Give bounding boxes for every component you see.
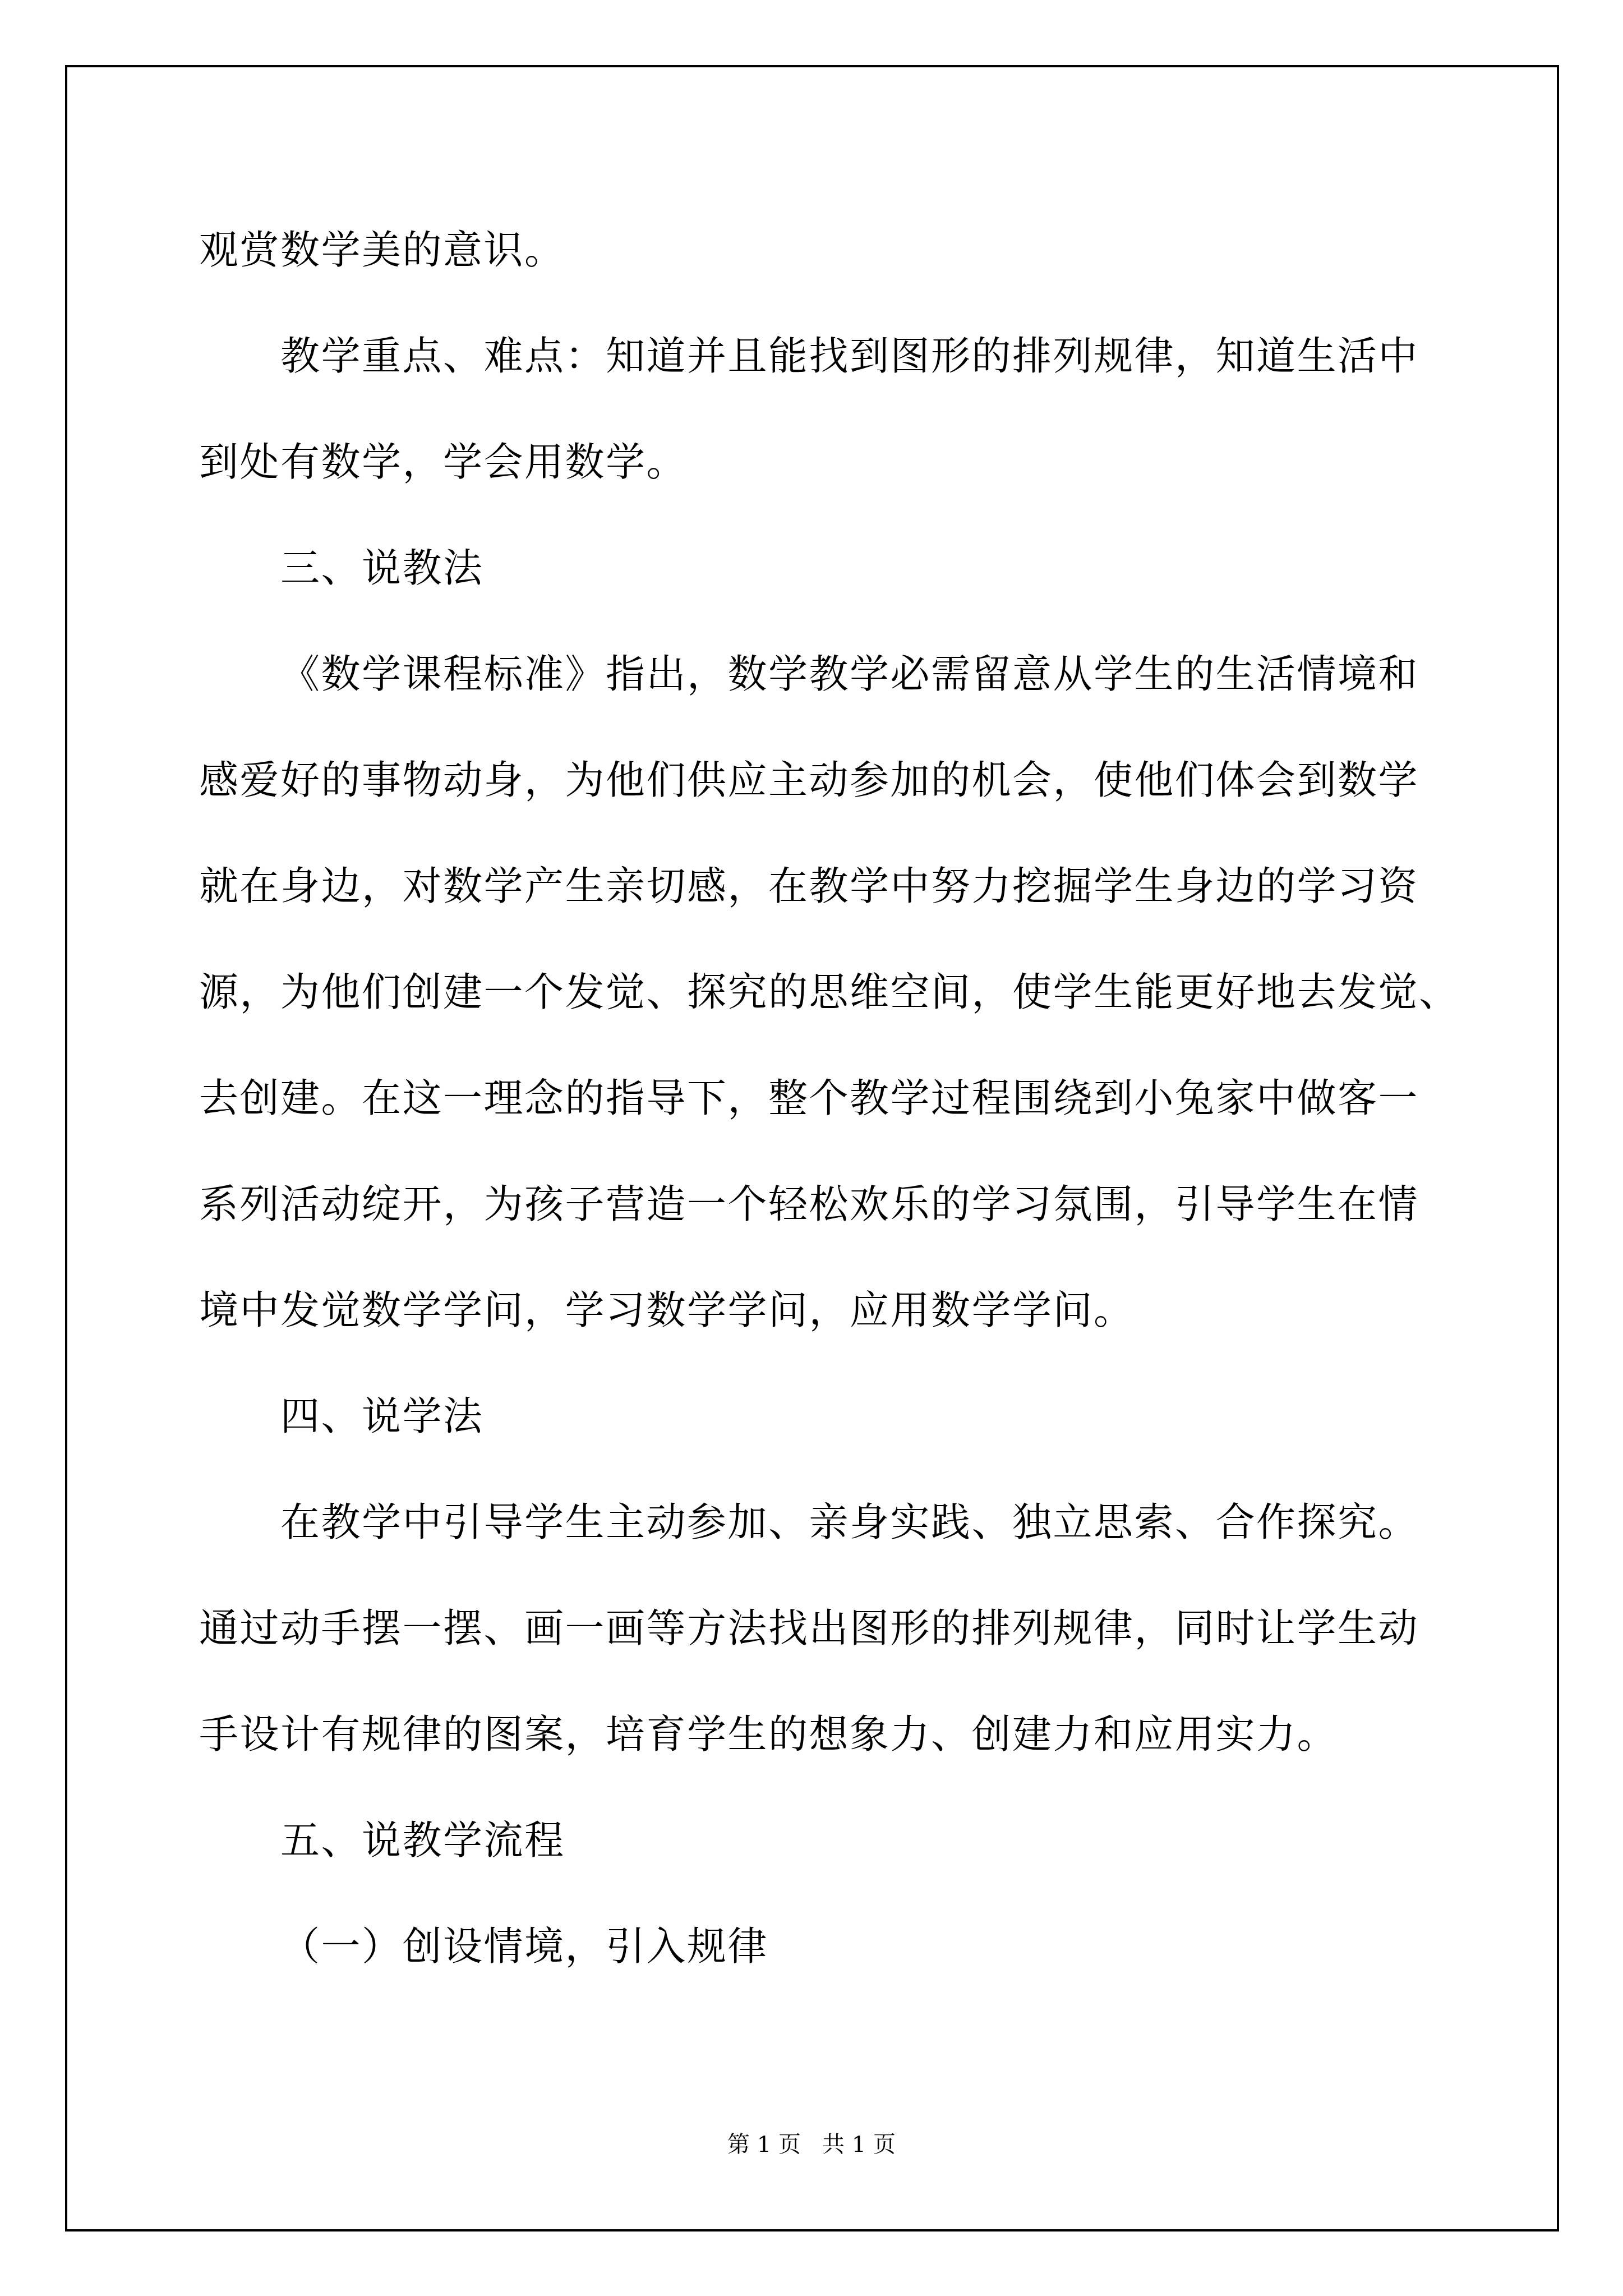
- paragraph-line: 观赏数学美的意识。: [199, 225, 565, 275]
- paragraph-line: 手设计有规律的图案，培育学生的想象力、创建力和应用实力。: [199, 1709, 1338, 1760]
- paragraph-line: 系列活动绽开，为孩子营造一个轻松欢乐的学习氛围，引导学生在情: [199, 1179, 1419, 1230]
- section-heading: 五、说教学流程: [280, 1815, 565, 1866]
- page-number-footer: 第 1 页 共 1 页: [0, 2131, 1623, 2159]
- paragraph-line: 《数学课程标准》指出，数学教学必需留意从学生的生活情境和: [280, 649, 1419, 700]
- page-frame: [65, 65, 1559, 2231]
- paragraph-line: 通过动手摆一摆、画一画等方法找出图形的排列规律，同时让学生动: [199, 1603, 1419, 1654]
- section-heading: 四、说学法: [280, 1391, 484, 1442]
- paragraph-line: 教学重点、难点：知道并且能找到图形的排列规律，知道生活中: [280, 331, 1419, 381]
- subsection-heading: （一）创设情境，引入规律: [280, 1921, 768, 1972]
- paragraph-line: 去创建。在这一理念的指导下，整个教学过程围绕到小兔家中做客一: [199, 1073, 1419, 1124]
- paragraph-line: 感爱好的事物动身，为他们供应主动参加的机会，使他们体会到数学: [199, 755, 1419, 806]
- paragraph-line: 源，为他们创建一个发觉、探究的思维空间，使学生能更好地去发觉、: [199, 967, 1460, 1018]
- paragraph-line: 到处有数学，学会用数学。: [199, 437, 687, 487]
- paragraph-line: 就在身边，对数学产生亲切感，在教学中努力挖掘学生身边的学习资: [199, 861, 1419, 912]
- paragraph-line: 境中发觉数学学问，学习数学学问，应用数学学问。: [199, 1285, 1135, 1336]
- section-heading: 三、说教法: [280, 543, 484, 593]
- paragraph-line: 在教学中引导学生主动参加、亲身实践、独立思索、合作探究。: [280, 1497, 1419, 1548]
